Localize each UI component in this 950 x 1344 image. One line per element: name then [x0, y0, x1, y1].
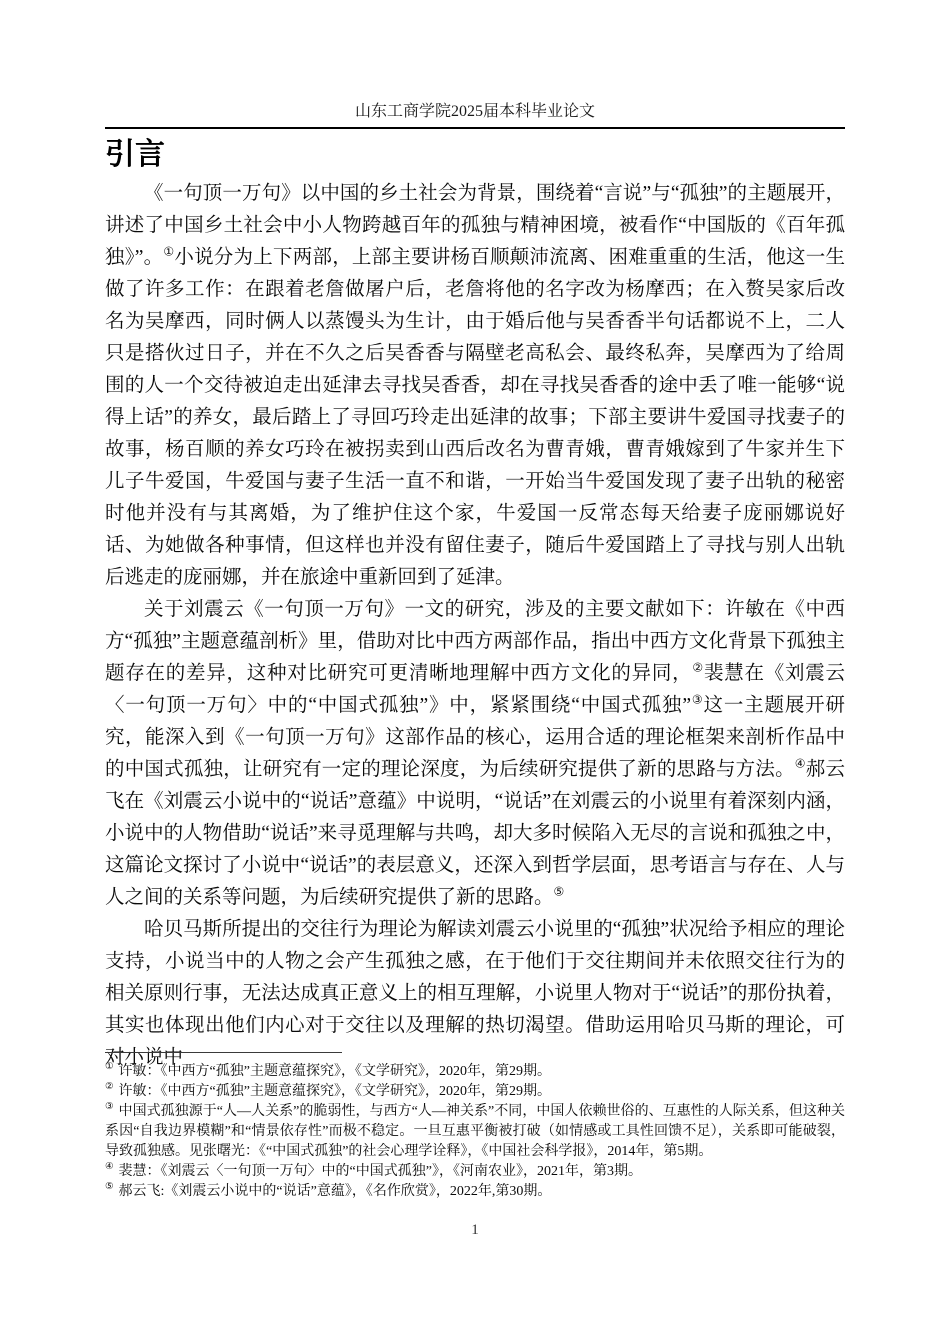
- footnote-item: ③中国式孤独源于“人—人关系”的脆弱性，与西方“人—神关系”不同，中国人依赖世俗…: [105, 1102, 845, 1162]
- footnote-separator: [105, 1052, 342, 1053]
- paragraph: 哈贝马斯所提出的交往行为理论为解读刘震云小说里的“孤独”状况给予相应的理论支持，…: [105, 914, 845, 1074]
- paragraph: 关于刘震云《一句顶一万句》一文的研究，涉及的主要文献如下：许敏在《中西方“孤独”…: [105, 594, 845, 914]
- footnote-text: 许敏：《中西方“孤独”主题意蕴探究》，《文学研究》，2020年，第29期。: [119, 1084, 551, 1099]
- footnote-item: ①许敏：《中西方“孤独”主题意蕴探究》，《文学研究》，2020年，第29期。: [105, 1062, 845, 1082]
- page-header: 山东工商学院2025届本科毕业论文: [105, 102, 845, 129]
- footnote-text: 裴慧：《刘震云〈一句顶一万句〉中的“中国式孤独”》，《河南农业》，2021年，第…: [119, 1164, 642, 1179]
- footnote-marker: ①: [105, 1062, 114, 1072]
- footnote-text: 郝云飞:《刘震云小说中的“说话”意蕴》，《名作欣赏》，2022年,第30期。: [119, 1184, 552, 1199]
- footnote-marker: ②: [105, 1082, 114, 1092]
- section-title: 引言: [105, 138, 845, 172]
- document-body: 《一句顶一万句》以中国的乡土社会为背景，围绕着“言说”与“孤独”的主题展开，讲述…: [105, 178, 845, 1074]
- footnote-reference: ④: [795, 757, 806, 771]
- footnote-marker: ⑤: [105, 1182, 114, 1192]
- document-page: 山东工商学院2025届本科毕业论文 引言 《一句顶一万句》以中国的乡土社会为背景…: [0, 0, 950, 1344]
- paragraph: 《一句顶一万句》以中国的乡土社会为背景，围绕着“言说”与“孤独”的主题展开，讲述…: [105, 178, 845, 594]
- footnote-reference: ①: [163, 245, 174, 259]
- footnote-item: ⑤郝云飞:《刘震云小说中的“说话”意蕴》，《名作欣赏》，2022年,第30期。: [105, 1182, 845, 1202]
- footnote-reference: ⑤: [554, 885, 565, 899]
- footnote-reference: ③: [691, 693, 703, 707]
- footnote-reference: ②: [692, 661, 704, 675]
- footnote-text: 许敏：《中西方“孤独”主题意蕴探究》，《文学研究》，2020年，第29期。: [119, 1064, 551, 1079]
- header-text: 山东工商学院2025届本科毕业论文: [355, 103, 595, 120]
- footnote-item: ④裴慧：《刘震云〈一句顶一万句〉中的“中国式孤独”》，《河南农业》，2021年，…: [105, 1162, 845, 1182]
- footnote-list: ①许敏：《中西方“孤独”主题意蕴探究》，《文学研究》，2020年，第29期。②许…: [105, 1062, 845, 1202]
- footnote-area: ①许敏：《中西方“孤独”主题意蕴探究》，《文学研究》，2020年，第29期。②许…: [105, 1052, 845, 1202]
- footnote-item: ②许敏：《中西方“孤独”主题意蕴探究》，《文学研究》，2020年，第29期。: [105, 1082, 845, 1102]
- page-number: 1: [0, 1222, 950, 1239]
- footnote-marker: ③: [105, 1102, 114, 1112]
- footnote-text: 中国式孤独源于“人—人关系”的脆弱性，与西方“人—神关系”不同，中国人依赖世俗的…: [105, 1104, 845, 1159]
- footnote-marker: ④: [105, 1162, 114, 1172]
